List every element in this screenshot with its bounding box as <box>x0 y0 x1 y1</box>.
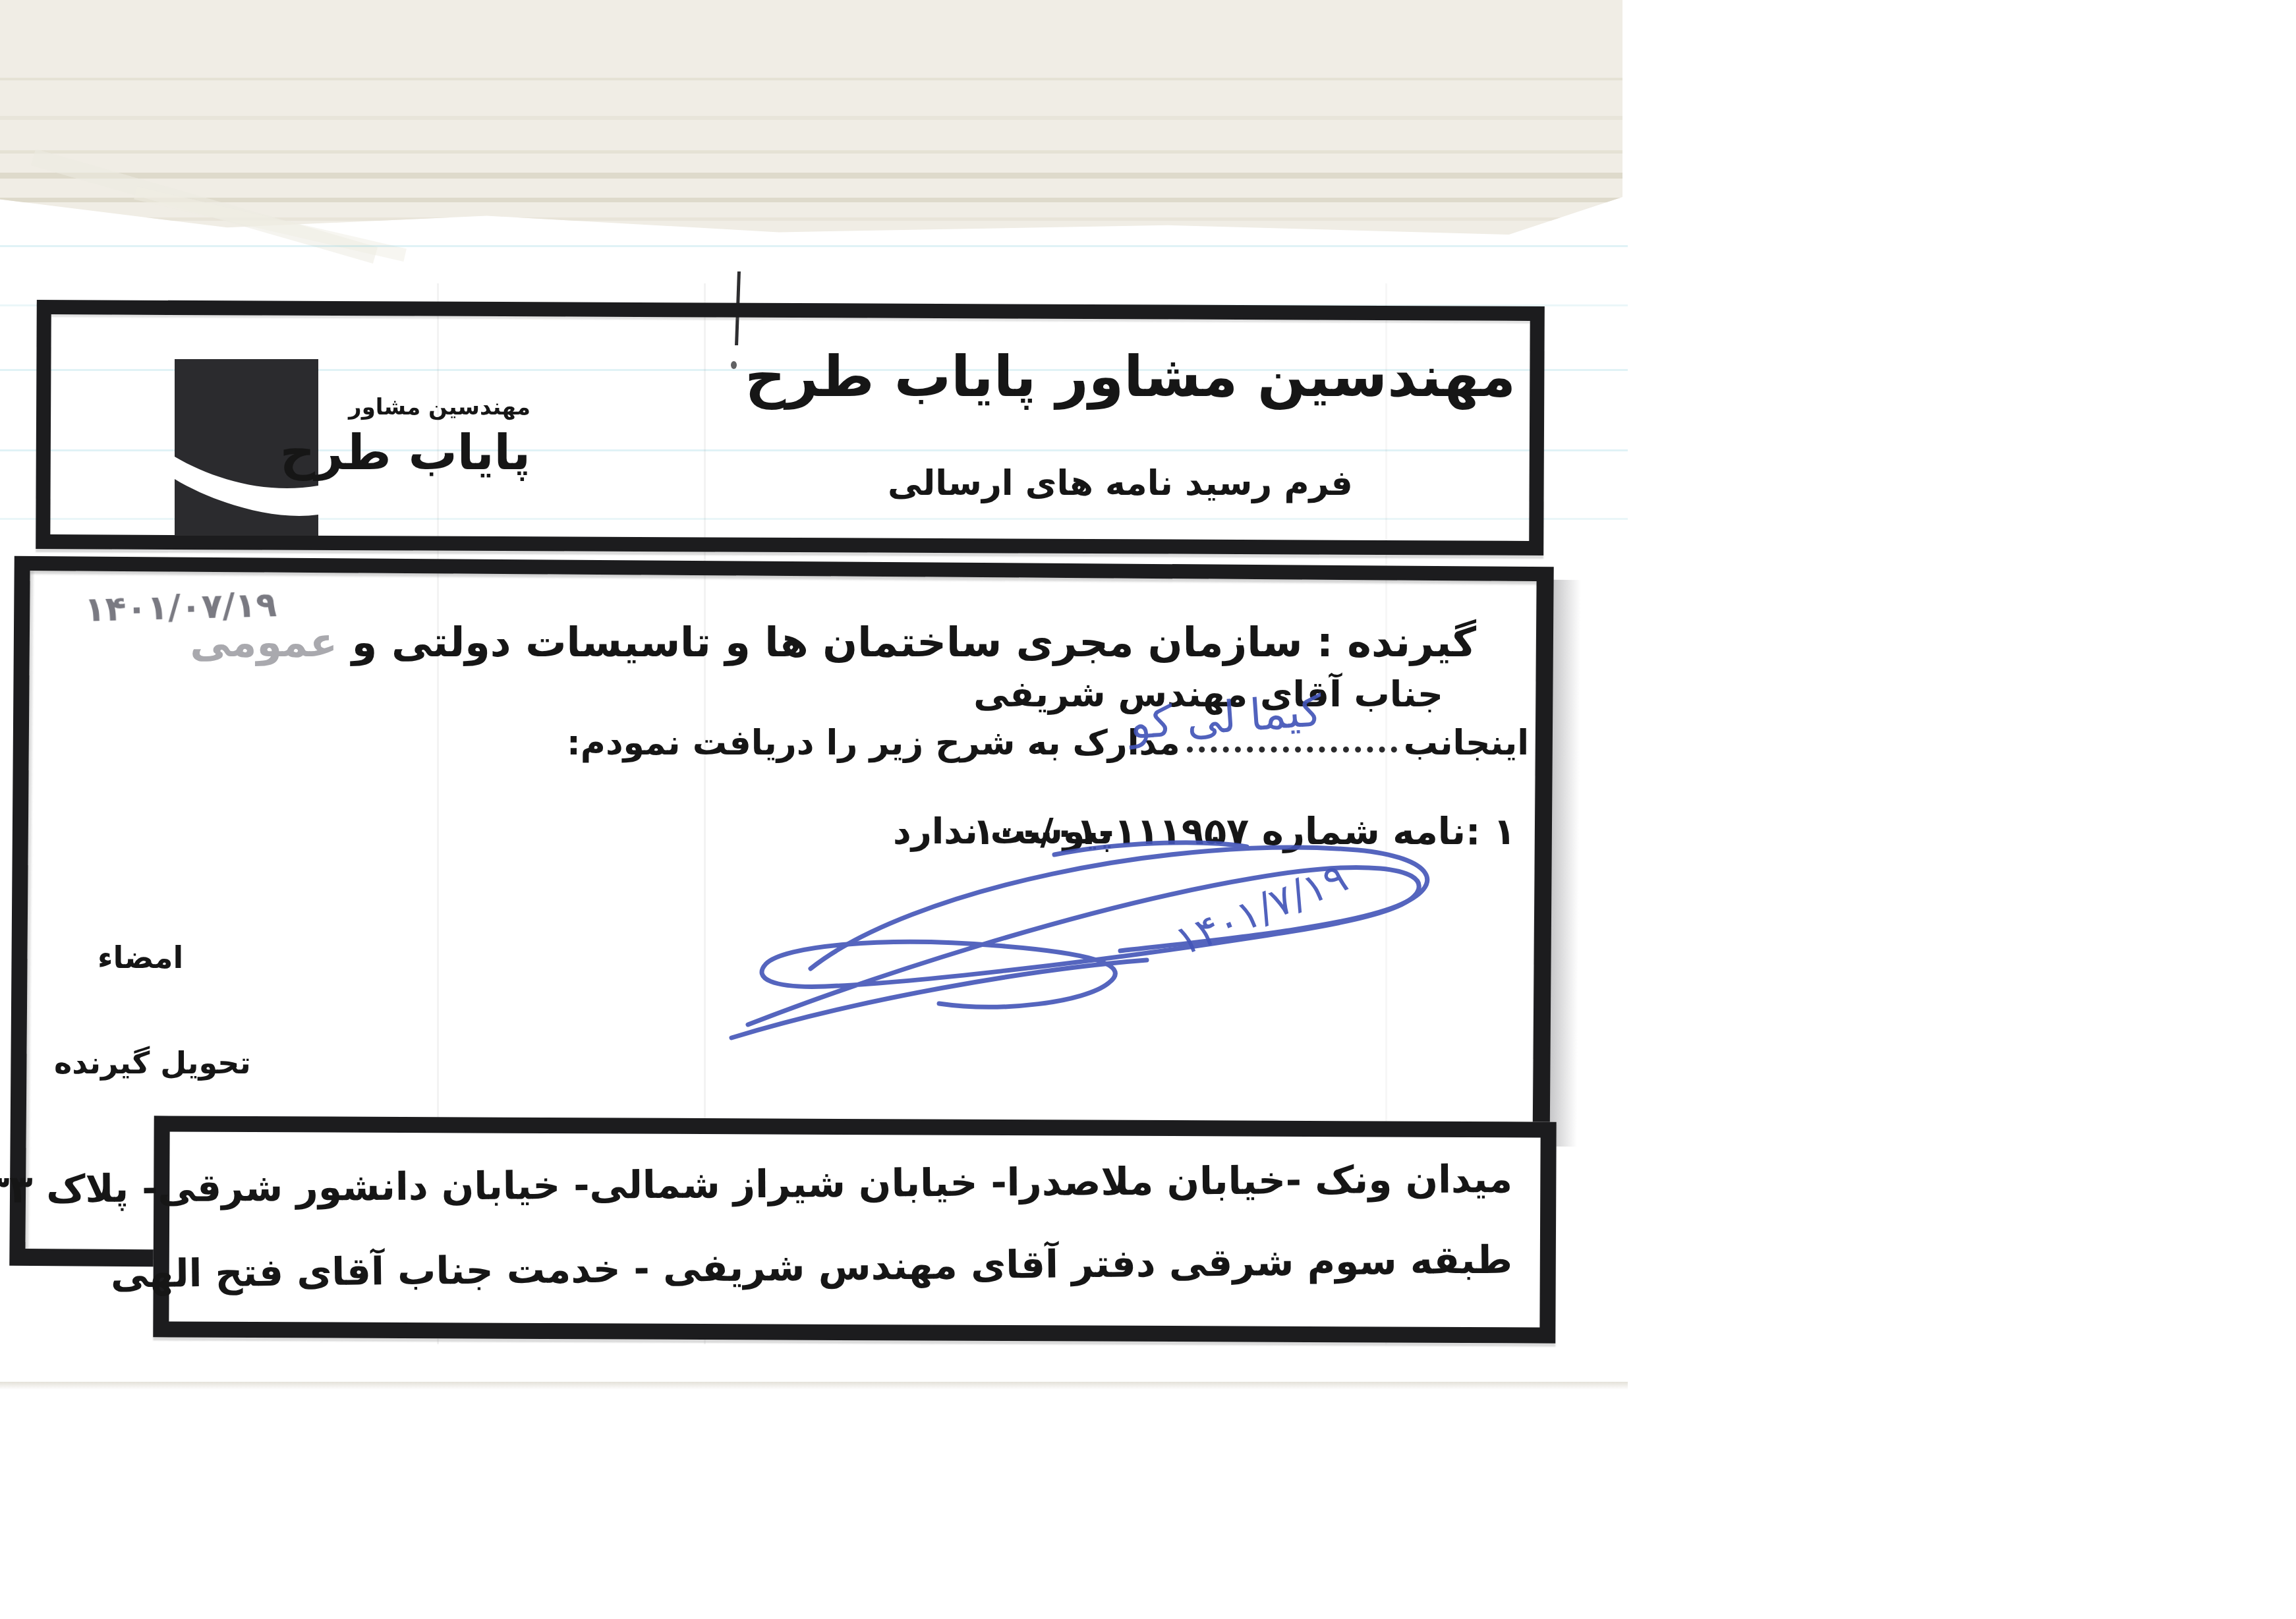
receiver-label: تحویل گیرنده <box>54 1045 251 1081</box>
address-box <box>153 1116 1556 1343</box>
recipient-label: گیرنده : <box>1317 618 1476 666</box>
recipient-org-faded-word: عمومی <box>190 618 337 666</box>
recipient-line: گیرنده : سازمان مجری ساختمان ها و تاسیسا… <box>190 618 1476 666</box>
form-title: فرم رسید نامه های ارسالی <box>863 464 1377 503</box>
signature-label: امضاء <box>98 940 183 975</box>
signature-scribble <box>712 827 1470 1051</box>
recipient-org: سازمان مجری ساختمان ها و تاسیسات دولتی و <box>352 618 1303 666</box>
page-torn-edge <box>0 1382 1628 1390</box>
scan-backing-band <box>0 0 1622 235</box>
company-title: مهندسین مشاور پایاب طرح <box>758 344 1516 410</box>
logo-brand-large: پایاب طرح <box>313 424 531 481</box>
logo-brand-small: مهندسین مشاور <box>343 394 531 420</box>
address-line-1: میدان ونک -خیابان ملاصدرا- خیابان شیراز … <box>168 1156 1512 1210</box>
dotted-fill-line <box>1187 746 1397 753</box>
ruled-line <box>0 245 1628 247</box>
scanned-receipt-page: مهندسین مشاور پایاب طرح مهندسین مشاور پا… <box>0 0 2296 1619</box>
declaration-lead: اینجانب <box>1404 724 1529 763</box>
